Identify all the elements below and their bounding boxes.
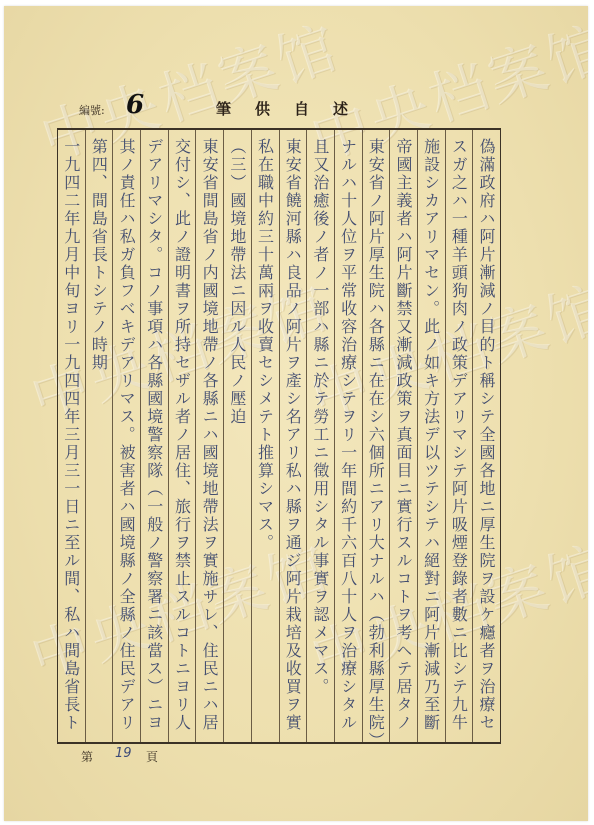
page-suffix: 頁 bbox=[146, 748, 158, 765]
column-text: 帝國主義者ハ阿片斷禁又漸減政策ヲ真面目ニ實行スルコトヲ考ヘテ居タノデハアリマセン… bbox=[389, 138, 413, 732]
text-column: 第四、間島省長トシテノ時期 bbox=[85, 130, 113, 742]
text-column: 施設シカアリマセン。此ノ如キ方法デ以ツテシテハ絕對ニ阿片漸減乃至斷禁ハ實現出來マ… bbox=[417, 130, 445, 742]
column-text: スガ之ハ一種羊頭狗肉ノ政策デアリマシテ阿片吸煙登錄者數ニ比シテ九牛ノ一毛ニモ足リ… bbox=[445, 138, 469, 732]
column-text: 東安省間島省ノ内國境地帶ノ各縣ニハ國境地帶法ヲ實施サレ、住民ニハ居住證明書ヲ bbox=[195, 138, 219, 732]
document-page: 中央档案馆 中央档案馆 中央档案馆 中央档案馆 中央档案馆 中央档案馆 編號: … bbox=[4, 6, 588, 821]
column-text: ナルハ十人位ヲ平常收容治療シテヲリ一年間約千六百八十人ヲ治療シタルニ過ギマセン。 bbox=[334, 138, 358, 732]
column-text: 第四、間島省長トシテノ時期 bbox=[89, 138, 108, 372]
column-text: 交付シ、此ノ證明書ヲ所持セザル者ノ居住、旅行ヲ禁止スルコトニヨリ人民ヲ壓迫スル制… bbox=[168, 138, 192, 732]
text-column: 東安省饒河縣ハ良品ノ阿片ヲ產シ名アリ私ハ縣ヲ通ジ阿片栽培及收買ヲ實施シマシタ。 bbox=[279, 130, 307, 742]
text-column: 交付シ、此ノ證明書ヲ所持セザル者ノ居住、旅行ヲ禁止スルコトニヨリ人民ヲ壓迫スル制… bbox=[168, 130, 196, 742]
column-text: 東安省饒河縣ハ良品ノ阿片ヲ產シ名アリ私ハ縣ヲ通ジ阿片栽培及收買ヲ實施シマシタ。 bbox=[279, 138, 303, 732]
text-column: 東安省ノ阿片厚生院ハ各縣ニ在在シ六個所ニアリ大ナルハ（勃利縣厚生院）三十人、小 bbox=[362, 130, 390, 742]
column-text: 偽滿政府ハ阿片漸減ノ目的ト稱シテ全國各地ニ厚生院ヲ設ケ癮者ヲ治療セシメテ居リマ bbox=[472, 138, 496, 732]
manuscript-grid: 偽滿政府ハ阿片漸減ノ目的ト稱シテ全國各地ニ厚生院ヲ設ケ癮者ヲ治療セシメテ居リマス… bbox=[57, 128, 501, 744]
column-text: デアリマシタ。コノ事項ハ各縣國境警察隊（一般ノ警察署ニ該當ス）ニヨリ行ハレマシタ… bbox=[140, 138, 164, 732]
text-column: 一九四二年九月中旬ヨリ一九四四年三月三一日ニ至ル間、私ハ間島省長トシテ在職中實行… bbox=[58, 130, 85, 742]
text-column: 東安省間島省ノ内國境地帶ノ各縣ニハ國境地帶法ヲ實施サレ、住民ニハ居住證明書ヲ bbox=[195, 130, 223, 742]
column-text: 施設シカアリマセン。此ノ如キ方法デ以ツテシテハ絕對ニ阿片漸減乃至斷禁ハ實現出來マ… bbox=[417, 138, 441, 732]
column-text: 一九四二年九月中旬ヨリ一九四四年三月三一日ニ至ル間、私ハ間島省長トシテ在職中實行… bbox=[58, 138, 81, 732]
column-text: （三）國境地帶法ニ因ル人民ノ壓迫 bbox=[228, 138, 247, 426]
text-column: （三）國境地帶法ニ因ル人民ノ壓迫 bbox=[223, 130, 251, 742]
text-column: 偽滿政府ハ阿片漸減ノ目的ト稱シテ全國各地ニ厚生院ヲ設ケ癮者ヲ治療セシメテ居リマ bbox=[472, 130, 500, 742]
serial-number: 6 bbox=[126, 90, 144, 120]
page-footer: 第 19 頁 bbox=[4, 744, 588, 768]
text-column: 私在職中約三十萬兩ヲ收賣セシメテト推算シマス。 bbox=[251, 130, 279, 742]
column-text: 東安省ノ阿片厚生院ハ各縣ニ在在シ六個所ニアリ大ナルハ（勃利縣厚生院）三十人、小 bbox=[362, 138, 386, 742]
form-header: 編號: 6 筆供自述 bbox=[4, 92, 588, 122]
text-column: スガ之ハ一種羊頭狗肉ノ政策デアリマシテ阿片吸煙登錄者數ニ比シテ九牛ノ一毛ニモ足リ… bbox=[445, 130, 473, 742]
text-column: ナルハ十人位ヲ平常收容治療シテヲリ一年間約千六百八十人ヲ治療シタルニ過ギマセン。 bbox=[334, 130, 362, 742]
column-text: 且又治癒後ノ者ノ一部ハ縣ニ於テ勞工ニ徵用シタル事實ヲ認メマス。 bbox=[311, 138, 330, 696]
serial-label: 編號: bbox=[79, 102, 105, 118]
column-text: 其ノ責任ハ私ガ負フベキデアリマス。被害者ハ國境縣ノ全縣ノ住民デアリマス。 bbox=[112, 138, 136, 732]
form-title: 筆供自述 bbox=[216, 98, 372, 119]
text-column: 且又治癒後ノ者ノ一部ハ縣ニ於テ勞工ニ徵用シタル事實ヲ認メマス。 bbox=[306, 130, 334, 742]
text-column: デアリマシタ。コノ事項ハ各縣國境警察隊（一般ノ警察署ニ該當ス）ニヨリ行ハレマシタ… bbox=[140, 130, 168, 742]
page-prefix: 第 bbox=[81, 748, 93, 765]
text-column: 其ノ責任ハ私ガ負フベキデアリマス。被害者ハ國境縣ノ全縣ノ住民デアリマス。 bbox=[112, 130, 140, 742]
column-text: 私在職中約三十萬兩ヲ收賣セシメテト推算シマス。 bbox=[256, 138, 275, 552]
text-column: 帝國主義者ハ阿片斷禁又漸減政策ヲ真面目ニ實行スルコトヲ考ヘテ居タノデハアリマセン… bbox=[389, 130, 417, 742]
page-number: 19 bbox=[115, 746, 132, 761]
